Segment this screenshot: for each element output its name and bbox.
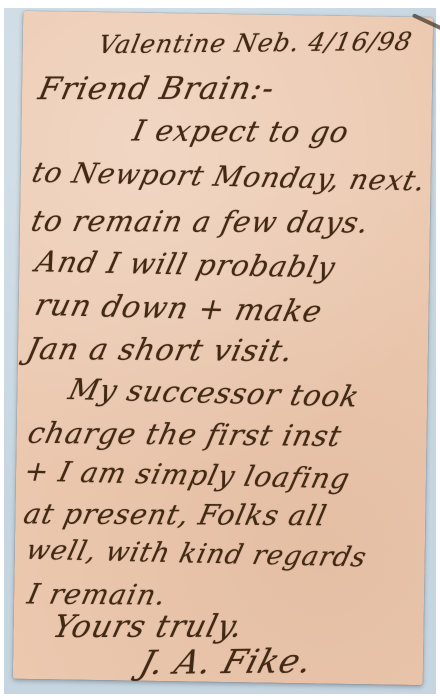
postcard: Valentine Neb. 4/16/98 Friend Brain:- I … — [13, 11, 433, 685]
body-line: to remain a few days. — [28, 204, 373, 240]
body-line: run down + make — [32, 288, 326, 330]
closing: Yours truly. — [49, 609, 247, 645]
body-line: And I will probably — [32, 244, 339, 284]
dateline: Valentine Neb. 4/16/98 — [96, 27, 415, 59]
postcard-photo: Valentine Neb. 4/16/98 Friend Brain:- I … — [0, 0, 440, 700]
body-line: I remain. — [24, 577, 169, 611]
body-line: charge the first inst — [25, 416, 345, 453]
body-line: + I am simply loafing — [21, 455, 353, 496]
body-line: well, with kind regards — [23, 535, 370, 574]
body-line: to Newport Monday, next. — [29, 156, 430, 198]
body-line: My successor took — [65, 372, 363, 413]
signature: J. A. Fike. — [136, 641, 318, 682]
card-corner-blemish — [412, 13, 440, 31]
body-line: Jan a short visit. — [23, 332, 297, 369]
salutation: Friend Brain:- — [35, 71, 278, 107]
body-line: at present, Folks all — [21, 497, 331, 532]
body-line: I expect to go — [130, 114, 353, 149]
